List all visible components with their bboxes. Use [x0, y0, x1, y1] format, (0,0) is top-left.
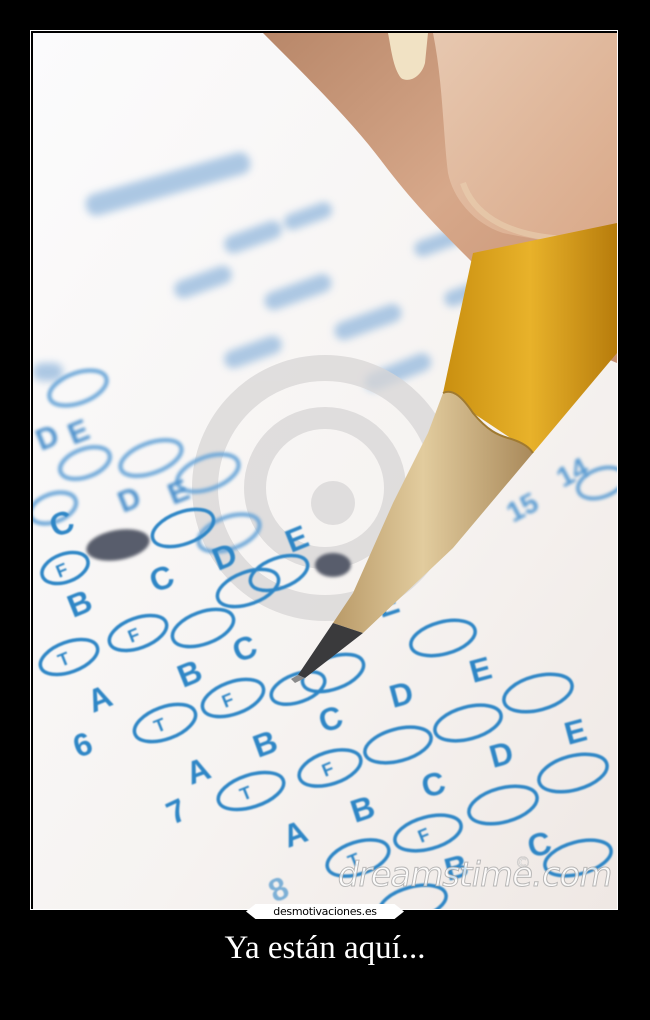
site-badge[interactable]: desmotivaciones.es [246, 904, 404, 919]
poster-caption: Ya están aquí... [0, 926, 650, 970]
site-badge-label: desmotivaciones.es [273, 904, 376, 919]
poster-photo: E D E D [33, 33, 617, 909]
dreamstime-watermark: dreamstime.com [334, 855, 615, 895]
